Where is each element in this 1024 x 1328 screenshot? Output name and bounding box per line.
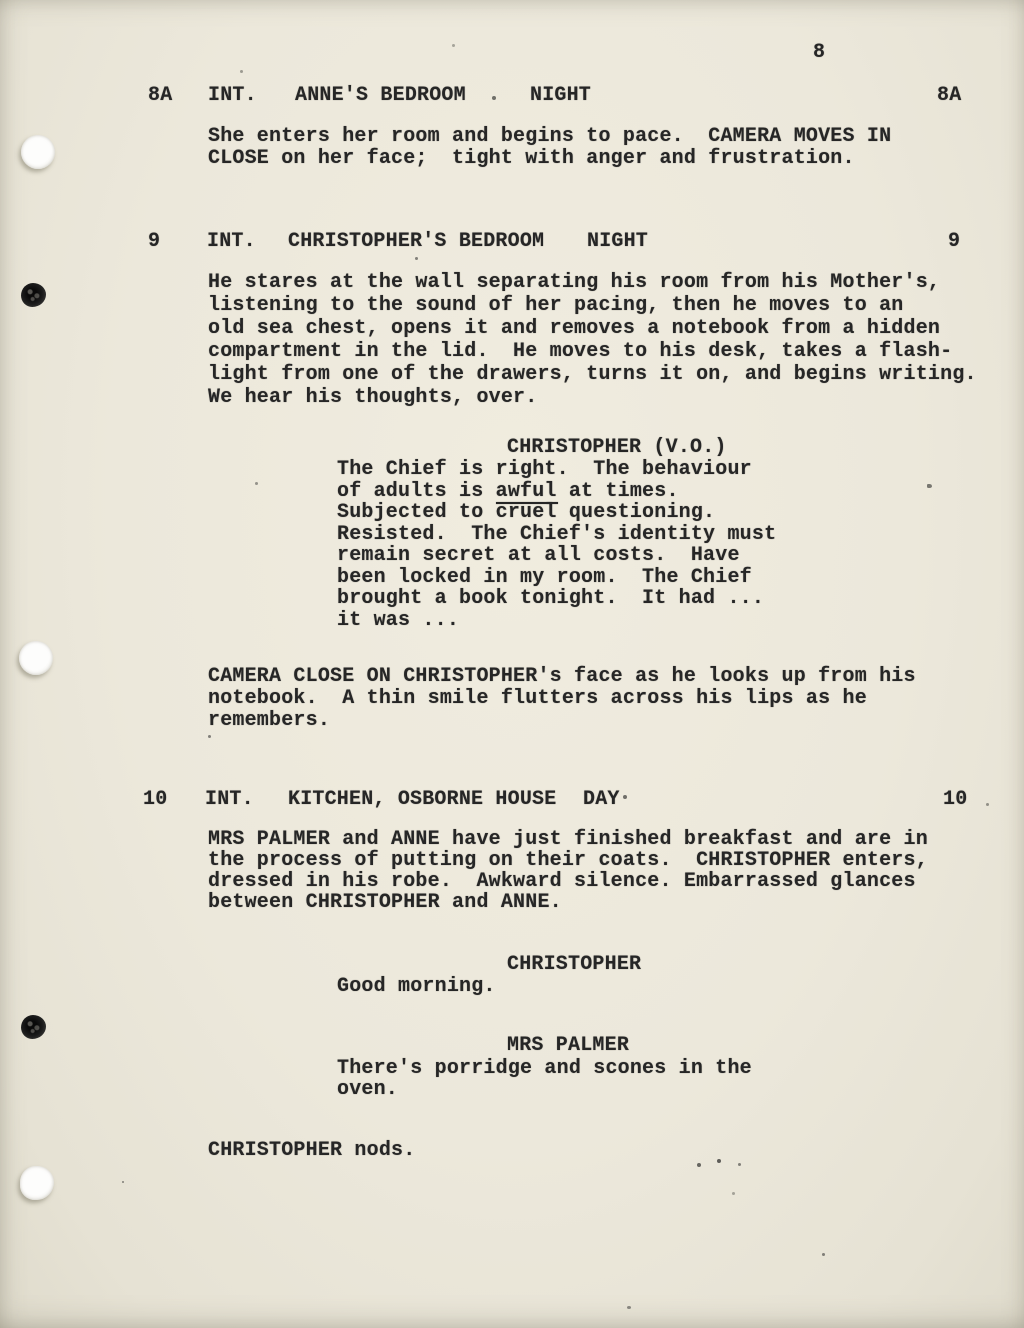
scene-location: ANNE'S BEDROOM	[295, 84, 466, 107]
scene-time: DAY	[583, 788, 620, 811]
action-block: CHRISTOPHER nods.	[208, 1139, 415, 1162]
dialogue-block: The Chief is right. The behaviour of adu…	[337, 459, 776, 631]
ink-blot	[21, 283, 46, 307]
scene-location: KITCHEN, OSBORNE HOUSE	[288, 788, 556, 811]
scene-number-left: 10	[143, 788, 167, 811]
scene-heading-8a: 8A INT. ANNE'S BEDROOM NIGHT 8A	[0, 84, 1024, 107]
speck	[208, 735, 211, 738]
scene-int-ext: INT.	[208, 84, 257, 107]
speck	[738, 1163, 741, 1166]
dialogue-block: There's porridge and scones in the oven.	[337, 1058, 752, 1100]
scene-time: NIGHT	[530, 84, 591, 107]
script-page: 8 8A INT. ANNE'S BEDROOM NIGHT 8A She en…	[0, 0, 1024, 1328]
scene-number-right: 8A	[937, 84, 961, 107]
speck	[240, 70, 243, 73]
speck	[122, 1181, 124, 1183]
action-block: She enters her room and begins to pace. …	[208, 126, 891, 170]
speck	[732, 1192, 735, 1195]
character-cue: CHRISTOPHER (V.O.)	[507, 436, 727, 459]
scene-heading-9: 9 INT. CHRISTOPHER'S BEDROOM NIGHT 9	[0, 230, 1024, 253]
scene-number-right: 10	[943, 788, 967, 811]
scene-number-left: 8A	[148, 84, 172, 107]
character-cue: MRS PALMER	[507, 1034, 629, 1057]
hole-punch	[20, 1166, 54, 1200]
action-block: He stares at the wall separating his roo…	[208, 271, 977, 409]
speck	[822, 1253, 825, 1256]
underline-mark	[496, 502, 558, 504]
scene-number-right: 9	[948, 230, 960, 253]
scene-int-ext: INT.	[205, 788, 254, 811]
hole-punch	[19, 641, 53, 675]
speck	[623, 795, 627, 799]
speck	[986, 803, 989, 806]
scene-number-left: 9	[148, 230, 160, 253]
speck	[415, 257, 418, 260]
scene-int-ext: INT.	[207, 230, 256, 253]
speck	[452, 44, 455, 47]
speck	[697, 1163, 701, 1167]
action-block: MRS PALMER and ANNE have just finished b…	[208, 829, 928, 913]
hole-punch	[21, 135, 55, 169]
ink-blot	[21, 1015, 46, 1039]
speck	[492, 96, 496, 100]
dialogue-block: Good morning.	[337, 975, 496, 998]
speck	[255, 482, 258, 485]
scene-location: CHRISTOPHER'S BEDROOM	[288, 230, 544, 253]
speck	[627, 1306, 631, 1309]
character-cue: CHRISTOPHER	[507, 953, 641, 976]
action-block: CAMERA CLOSE ON CHRISTOPHER's face as he…	[208, 666, 916, 732]
scene-time: NIGHT	[587, 230, 648, 253]
speck	[717, 1159, 721, 1163]
scene-heading-10: 10 INT. KITCHEN, OSBORNE HOUSE DAY 10	[0, 788, 1024, 811]
speck	[927, 484, 932, 488]
page-number: 8	[813, 41, 825, 64]
